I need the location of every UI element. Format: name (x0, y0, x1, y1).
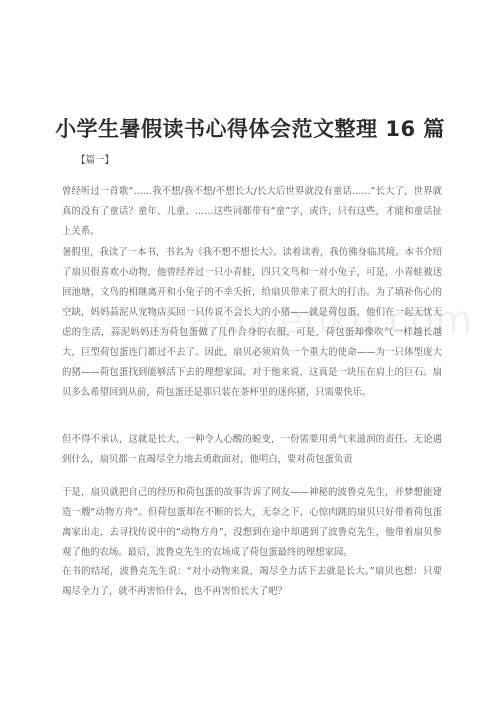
document-page: mayiwenku.com 小学生暑假读书心得体会范文整理 16 篇 【篇一】 … (0, 0, 500, 708)
section-label: 【篇一】 (76, 154, 114, 168)
paragraph-2: 暑假里，我读了一本书，书名为《我不想不想长大》。读着读着，我仿佛身临其境。本书介… (62, 243, 442, 403)
document-title: 小学生暑假读书心得体会范文整理 16 篇 (0, 114, 500, 144)
paragraph-3: 但不得不承认，这就是长大，一种令人心酸的蜕变，一份需要用勇气来滋润的责任。无论遇… (62, 430, 442, 470)
paragraph-5: 在书的结尾，波鲁克先生说：“对小动物来说，竭尽全力活下去就是长大。”扇贝也想：只… (62, 562, 442, 602)
paragraph-1: 曾经听过一首歌“……我不想/我不想/不想长大/长大后世界就没有童话……”长大了，… (62, 182, 442, 242)
paragraph-4: 于是，扇贝就把自己的经历和荷包蛋的故事告诉了网友——神秘的波鲁克先生，并梦想能建… (62, 483, 442, 563)
